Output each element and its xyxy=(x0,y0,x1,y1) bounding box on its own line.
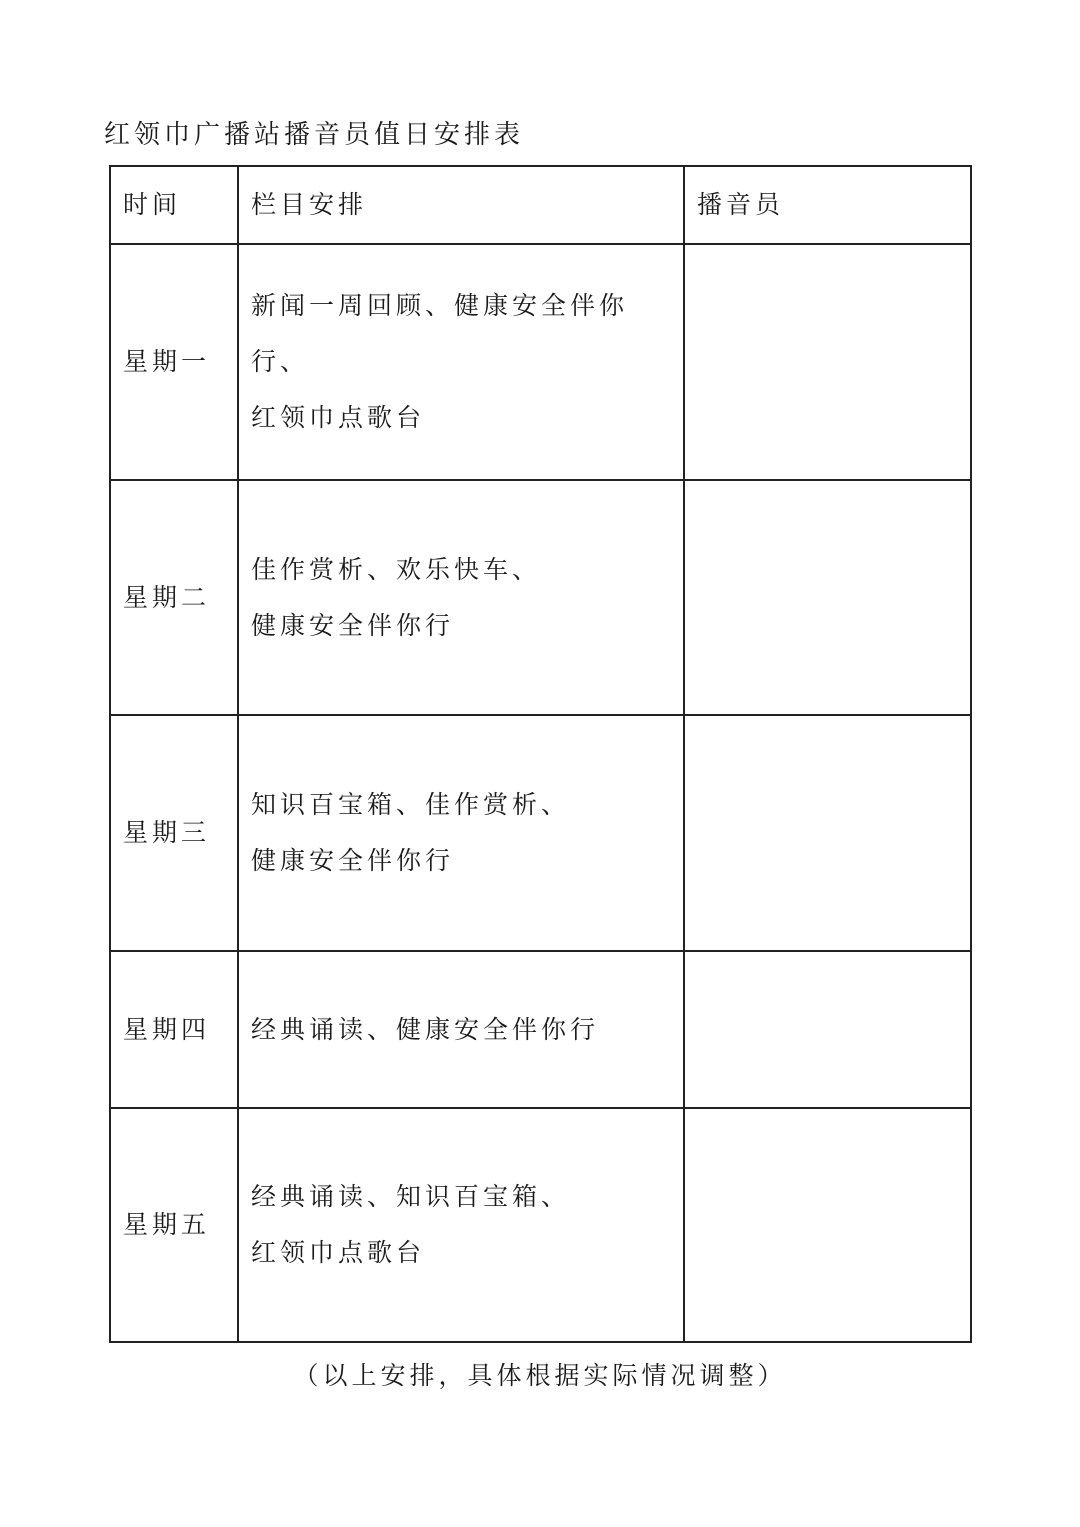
footnote: （以上安排，具体根据实际情况调整） xyxy=(0,1356,1080,1392)
program-cell: 经典诵读、健康安全伴你行 xyxy=(238,951,684,1108)
program-cell: 新闻一周回顾、健康安全伴你行、红领巾点歌台 xyxy=(238,244,684,480)
header-time: 时间 xyxy=(110,166,238,244)
program-line: 佳作赏析、欢乐快车、 xyxy=(251,542,683,598)
program-line: 知识百宝箱、佳作赏析、 xyxy=(251,777,683,833)
day-cell: 星期四 xyxy=(110,951,238,1108)
day-cell: 星期二 xyxy=(110,480,238,715)
table-row: 星期三 知识百宝箱、佳作赏析、健康安全伴你行 xyxy=(110,715,971,951)
day-cell: 星期三 xyxy=(110,715,238,951)
program-cell: 经典诵读、知识百宝箱、红领巾点歌台 xyxy=(238,1108,684,1342)
program-cell: 知识百宝箱、佳作赏析、健康安全伴你行 xyxy=(238,715,684,951)
header-announcer: 播音员 xyxy=(684,166,971,244)
program-line: 新闻一周回顾、健康安全伴你行、 xyxy=(251,278,683,390)
table-row: 星期四 经典诵读、健康安全伴你行 xyxy=(110,951,971,1108)
announcer-cell[interactable] xyxy=(684,715,971,951)
document-title: 红领巾广播站播音员值日安排表 xyxy=(104,114,524,151)
announcer-cell[interactable] xyxy=(684,480,971,715)
day-cell: 星期一 xyxy=(110,244,238,480)
day-cell: 星期五 xyxy=(110,1108,238,1342)
announcer-cell[interactable] xyxy=(684,1108,971,1342)
program-line: 红领巾点歌台 xyxy=(251,1225,683,1281)
program-line: 健康安全伴你行 xyxy=(251,833,683,889)
announcer-cell[interactable] xyxy=(684,244,971,480)
program-line: 健康安全伴你行 xyxy=(251,598,683,654)
table-row: 星期一 新闻一周回顾、健康安全伴你行、红领巾点歌台 xyxy=(110,244,971,480)
table-row: 星期五 经典诵读、知识百宝箱、红领巾点歌台 xyxy=(110,1108,971,1342)
program-line: 红领巾点歌台 xyxy=(251,390,683,446)
schedule-table: 时间 栏目安排 播音员 星期一 新闻一周回顾、健康安全伴你行、红领巾点歌台 星期… xyxy=(109,165,972,1343)
program-line: 经典诵读、知识百宝箱、 xyxy=(251,1169,683,1225)
program-cell: 佳作赏析、欢乐快车、健康安全伴你行 xyxy=(238,480,684,715)
announcer-cell[interactable] xyxy=(684,951,971,1108)
program-line: 经典诵读、健康安全伴你行 xyxy=(251,1002,683,1058)
table-header-row: 时间 栏目安排 播音员 xyxy=(110,166,971,244)
header-program: 栏目安排 xyxy=(238,166,684,244)
table-row: 星期二 佳作赏析、欢乐快车、健康安全伴你行 xyxy=(110,480,971,715)
